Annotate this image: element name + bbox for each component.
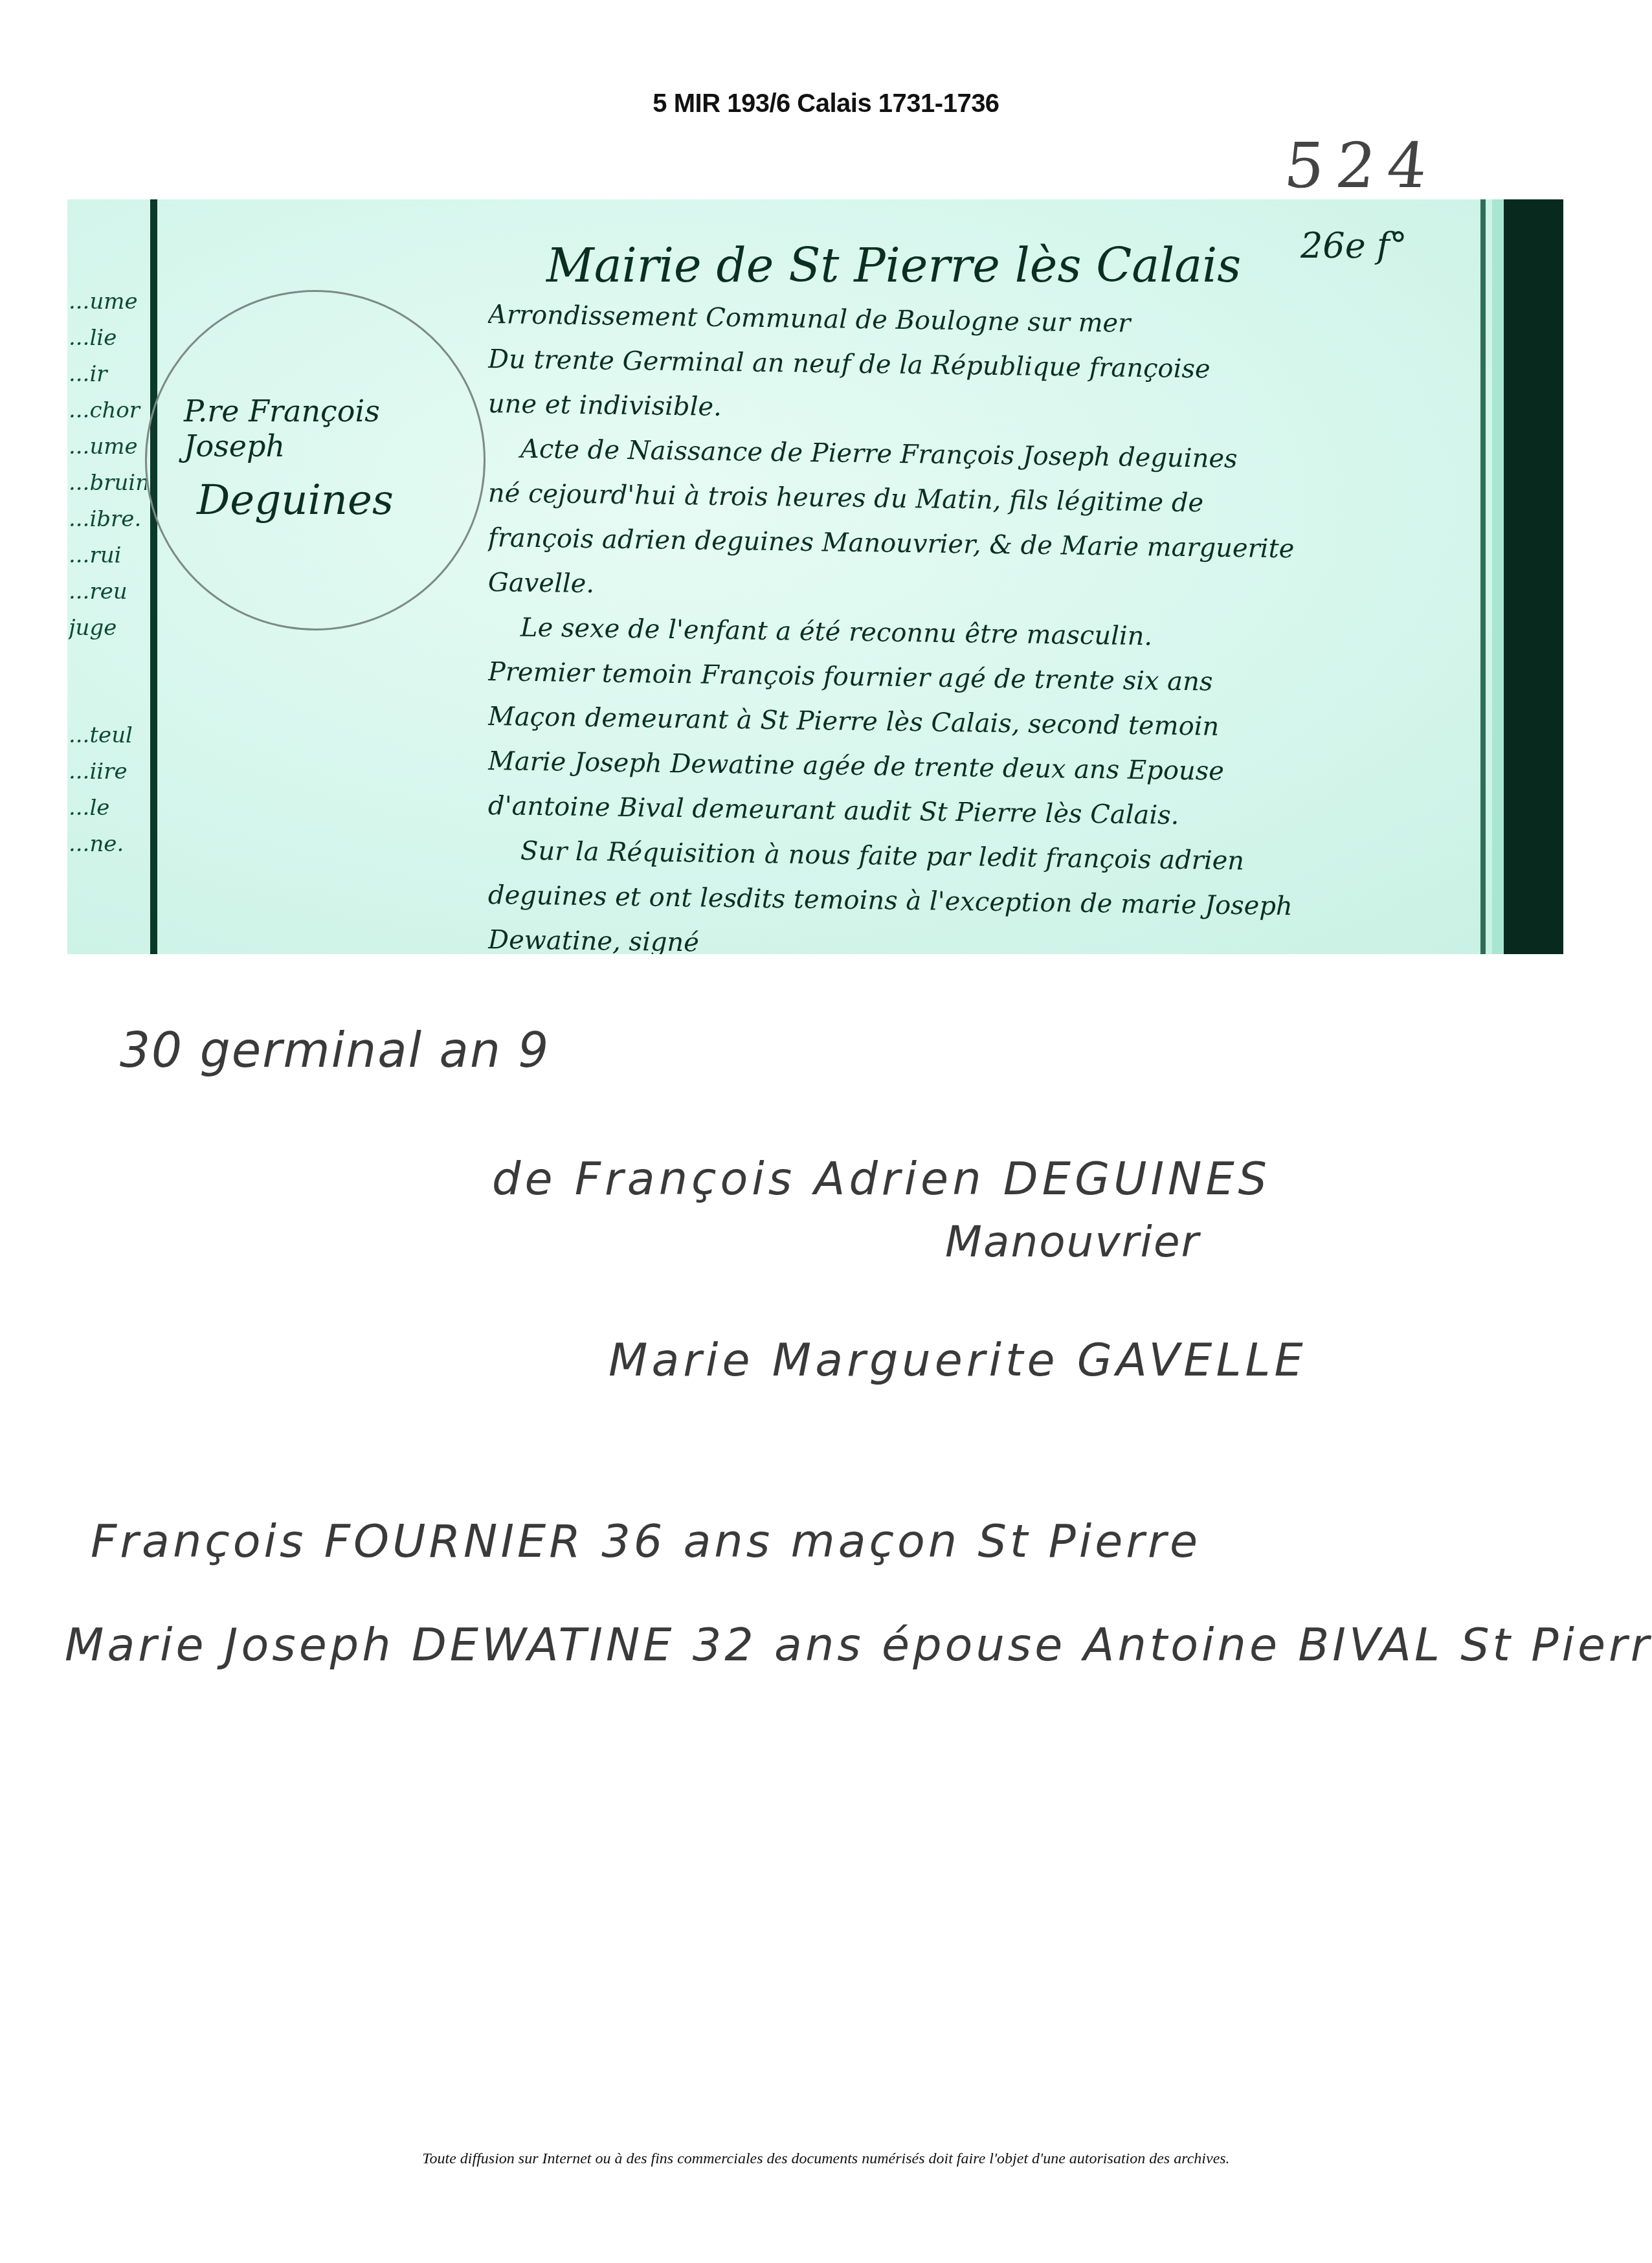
margin-fragment: ...ir [69,356,146,392]
margin-fragment: ...iire [69,753,146,790]
note-mother: Marie Marguerite GAVELLE [608,1333,1307,1387]
margin-fragment: ...ume [69,284,146,320]
note-father: de François Adrien DEGUINES [492,1152,1271,1205]
copyright-notice: Toute diffusion sur Internet ou à des fi… [0,2150,1652,2168]
margin-fragment: ...bruin [69,465,146,501]
note-father-occupation: Manouvrier [945,1217,1200,1267]
margin-fragment: ...ne. [69,826,146,862]
margin-fragment: juge [69,610,146,646]
margin-fragment: ...ibre. [69,501,146,537]
margin-name-line2: Deguines [197,476,443,524]
register-scan-image: ...ume ...lie ...ir ...chor ...ume ...br… [67,199,1563,954]
margin-fragment: ...rui [69,537,146,574]
birth-act-text: Mairie de St Pierre lès Calais Arrondiss… [488,238,1498,954]
handwritten-folio-number: 524 [1281,129,1442,202]
margin-fragment: ...teul [69,717,146,753]
register-title: Mairie de St Pierre lès Calais [546,238,1498,293]
note-witness-1: François FOURNIER 36 ans maçon St Pierre [91,1515,1201,1568]
margin-fragment: ...le [69,790,146,826]
note-witness-2: Marie Joseph DEWATINE 32 ans épouse Anto… [65,1618,1652,1671]
truncated-margin-text: ...ume ...lie ...ir ...chor ...ume ...br… [69,284,146,862]
margin-fragment: ...reu [69,574,146,610]
margin-fragment: ...ume [69,429,146,465]
archive-reference-header: 5 MIR 193/6 Calais 1731-1736 [0,89,1652,118]
margin-rule-line [150,199,157,954]
margin-name-line1: P.re François Joseph [184,394,443,463]
margin-child-name: P.re François Joseph Deguines [184,394,443,524]
margin-fragment: ...chor [69,392,146,429]
note-date: 30 germinal an 9 [120,1023,550,1078]
margin-fragment: ...lie [69,320,146,356]
binding-spine [1504,199,1563,954]
